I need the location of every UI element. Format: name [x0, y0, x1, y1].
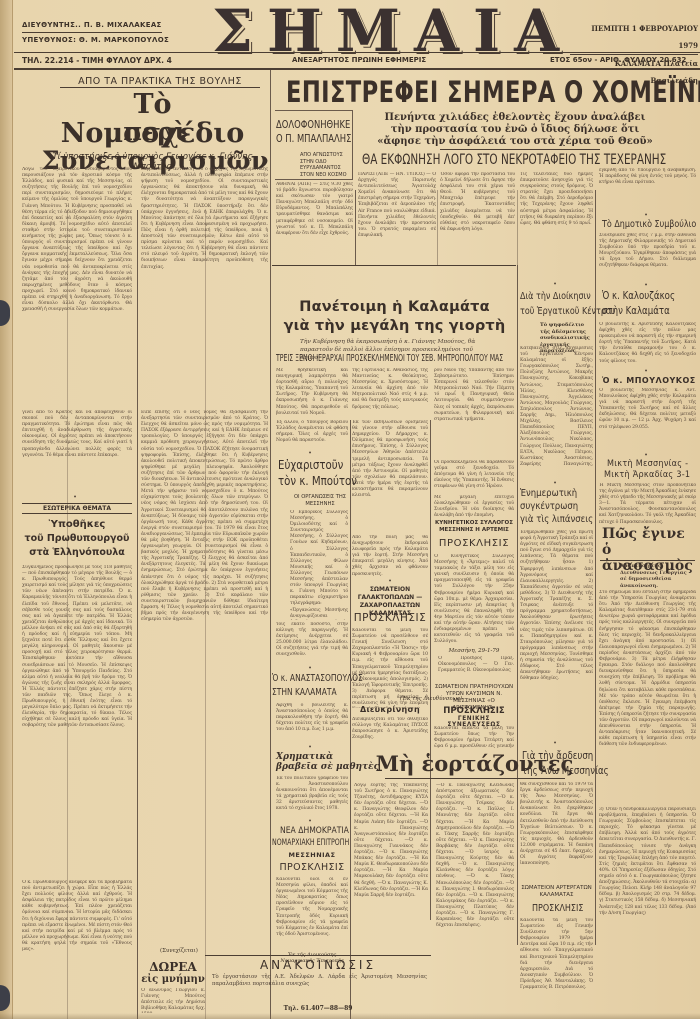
- article-body: Ἀφίχθη ὁ βουλευτής κ. Ἀναστασόπουλος ὁ ὁ…: [276, 703, 348, 743]
- rule: [205, 955, 431, 956]
- rule: [272, 265, 516, 266]
- artemis-kicker: ΚΥΝΗΓΕΤΙΚΟΣ ΣΥΛΛΟΓΟΣ ΜΕΣΣΗΝΗΣ Η ΑΡΤΕΜΙΣ: [434, 520, 514, 534]
- nd-headline: ΠΡΟΣΚΛΗΣΙΣ: [276, 862, 348, 873]
- aristomenis-headline: ΠΡΟΣΚΛΗΣΙΣ: [434, 706, 514, 716]
- artemis-signoff: Μεσσήνη, 29-1-79: [434, 648, 514, 654]
- article-body: Διευκρινίζεται ὅτι τόν ἀθλητικό σύλλογο …: [352, 717, 428, 747]
- article-body: Λόγῳ ἑορτῆς τῆς Ὑπαπαντῆς τοῦ Σωτῆρος ὁ …: [354, 783, 428, 911]
- lipanseis-headline-2: συγκέντρωση: [520, 501, 578, 513]
- greek-issues-headline-2: τοῦ Πρωθυπουργοῦ: [18, 532, 136, 546]
- article-body: Τίς τελευταῖες δύο ἡμέρες ἐπικρατοῦσε ἀν…: [520, 172, 593, 264]
- divider-star: •: [545, 281, 565, 288]
- divider-star: •: [545, 740, 565, 747]
- khomeini-subhead-1: Πενήντα χιλιάδες ἐθελοντὲς ἔχουν ἀναλάβε…: [355, 112, 675, 124]
- greek-issues-kicker: ΕΣΩΤΕΡΙΚΑ ΘΕΜΑΤΑ: [22, 503, 132, 514]
- nd-kicker-2: ΝΟΜΑΡΧΙΑΚΗ ΕΠΙΤΡΟΠΗ: [272, 838, 349, 849]
- article-body: γίνει ἀπό τό Κράτος καί νά ἀποφευχθοῦν ο…: [22, 410, 132, 490]
- bakers-headline: ΠΡΟΣΚΛΗΣΙΣ: [532, 903, 583, 914]
- rule: [440, 149, 600, 150]
- article-body: Ἐκ τοῦ πολιτικοῦ γραφείου τοῦ κ. Ἀναστασ…: [276, 776, 348, 818]
- khomeini-deck: ΘΑ ΕΚΦΩΝΗΣΗ ΛΟΓΟ ΣΤΟ ΝΕΚΡΟΤΑΦΕΙΟ ΤΗΣ ΤΕΧ…: [362, 152, 666, 169]
- director-line: ΔΙΕΥΘΥΝΤΗΣ.. Π. Β. ΜΙΧΑΛΑΚΕΑΣ: [22, 18, 162, 33]
- announcements-headline: ΑΝΑΚΟΙΝΩΣΙΣ: [205, 958, 431, 972]
- column-rule: [137, 210, 138, 1019]
- column-rule: [350, 420, 351, 1019]
- newspaper-page: ΔΙΕΥΘΥΝΤΗΣ.. Π. Β. ΜΙΧΑΛΑΚΕΑΣ ΥΠΕΥΘΥΝΟΣ:…: [0, 0, 700, 1019]
- binding-hole: [0, 985, 10, 1011]
- kaloutzakos-headline-2: στὴν Καλαμάτα: [602, 305, 670, 318]
- robbery-headline-1: Πῶς ἔγινε: [602, 526, 685, 542]
- article-body: Θά συνεχισθοῦν καί τό 1979 τά ἔργα ἀρδεύ…: [520, 782, 593, 882]
- bakers-kicker-2: ΚΑΛΑΜΑΤΑΣ: [520, 892, 593, 899]
- divider-star: •: [60, 494, 90, 501]
- article-body: —Ὁ κ. Παναγιώτης Κλείδωνας ἀπόστρατος ἀξ…: [436, 783, 514, 998]
- article-body: Ἡ Μικτή Μεσσηνίας στόν προπονητικό της ἀ…: [599, 483, 696, 525]
- nd-kicker-1: ΝΕΑ ΔΗΜΟΚΡΑΤΙΑ: [280, 826, 349, 837]
- name-days-headline: Μὴ ἑορτάζοντες: [352, 752, 597, 776]
- article-body: Εἶπε ἐπίσης ὅτι ὁ νέος νόμος θά ἐξασφαλί…: [141, 410, 268, 1010]
- khomeini-dateline: ΠΑΡΙΣΙ (ΑΠΕ — ΗΝ. ΤΥΠΟΣ): [358, 172, 425, 177]
- anastasopoulos-headline-2: ΣΤΗΝ ΚΑΛΑΜΑΤΑ: [272, 686, 337, 699]
- masthead-rule: [14, 52, 700, 53]
- divider-star: •: [300, 818, 320, 825]
- article-body: Κατεβαίνουν στίς ἀρχαιρεσίες τοῦ Ἐργατικ…: [520, 346, 593, 466]
- article-body: Συνεδρίασε χθές στίς 7 μ.μ. στήν αἴθουσα…: [599, 233, 696, 281]
- column-rule: [517, 265, 518, 945]
- column-rule: [355, 190, 356, 265]
- khomeini-headline: ΕΠΙΣΤΡΕΦΕΙ ΣΗΜΕΡΑ Ο ΧΟΜΕΪΝΙ: [286, 76, 700, 108]
- continuation-note: (Συνεχίζεται): [160, 948, 198, 954]
- article-body: ἐκφράσει τήν ἀντίθεσή του ὁ ἀρχηγός τῆς …: [141, 167, 268, 407]
- phone-price: ΤΗΛ. 22.214 - ΤΙΜΗ ΦΥΛΛΟΥ ΔΡΧ. 4: [22, 56, 172, 65]
- article-body: Ἐξ ἄλλου, ὁ Ὑπουργός Βορείου Ἑλλάδος ἀνα…: [276, 420, 348, 450]
- column-rule: [595, 190, 596, 945]
- article-body: τοῖς ἑκατό ποσοστό, στήν κάλυψη τῆς παρα…: [276, 622, 348, 664]
- article-body: 3) Ὅταν ἡ δενδροκαλλιέργεια παρουσιάζει …: [599, 807, 696, 1012]
- donation-headline-2: εἰς μνήμην: [140, 974, 206, 986]
- column-rule: [430, 420, 431, 920]
- announcements-text: Τὸ ἐργοστάσιον τῆς Α.Ε. Ἀδελφῶν Δ. Λάρδα…: [212, 974, 427, 988]
- nd-kicker-3: ΜΕΣΣΗΝΙΑΣ: [276, 851, 348, 859]
- article-body: Καλοῦνται τά μέλη τοῦ Σωματείου εἰς Γενι…: [520, 918, 593, 1008]
- kaloutzakos-headline-1: Ὁ κ. Καλουζάκος: [602, 290, 675, 303]
- feast-deck: ΤΡΕΙΣ ΞΕΝΟΙ ΙΕΡΑΡΧΑΙ ΠΡΟΣΚΕΚΛΗΜΕΝΟΙ ΤΟΥ …: [276, 353, 503, 365]
- article-body: ρού Ναοῦ τῆς Ὑπαπαντῆς ἀπό τόν Σεβασμιώτ…: [434, 368, 514, 458]
- tagline: ΑΝΕΞΑΡΤΗΤΟΣ ΠΡΩΙΝΗ ΕΦΗΜΕΡΙΣ: [292, 56, 426, 64]
- donation-headline-1: ΔΩΡΕΑ: [140, 960, 206, 974]
- announcements-phone: Τηλ. 61.407—88—89: [205, 1005, 431, 1012]
- article-body: Ὁ κ. Πρωθυπουργός ἀνέφερε καί τά προβλήμ…: [22, 880, 132, 1010]
- binding-edge: [0, 0, 13, 1019]
- article-body: Ὁ ἀνώνυμος Γεωργίου κ. Γιάννης Μπούτος ἀ…: [141, 988, 205, 1013]
- football-headline-2: Μικτὴ Ἀρκαδίας 3-1: [604, 470, 690, 481]
- football-headline-1: Μικτὴ Μεσσηνίας -: [607, 459, 688, 470]
- divider-star: •: [636, 282, 656, 289]
- lipanseis-headline-3: γιὰ τὶς λιπάνσεις: [520, 514, 593, 526]
- rule: [600, 560, 695, 561]
- binding-hole: [0, 300, 10, 326]
- article-body: Ἐνημερώθηκαν χθές γιά πρώτη φορά ἡ Ἀγροτ…: [520, 530, 593, 755]
- divider-star: •: [545, 480, 565, 487]
- greek-issues-headline-1: Ὑποθῆκες: [22, 518, 132, 532]
- clarification-headline: Διευκρίνηση: [352, 705, 428, 714]
- balpalis-headline-1: ΔΟΛΟΦΟΝΗΘΗΚΕ: [276, 119, 350, 131]
- khomeini-subhead-2: τὴν προστασία του ἐνῶ ὁ ἴδιος δήλωσε ὅτι: [355, 124, 675, 136]
- column-rule: [517, 190, 518, 265]
- article-body: Ὅσον ἀφορᾶ τήν προστασία του ὁ Χομεϊνί δ…: [440, 172, 515, 264]
- artemis-headline: ΠΡΟΣΚΛΗΣΙΣ: [434, 538, 514, 549]
- article-body: Ἐκ τῶν ἐκδηλώσεων ὁρισμένες θά γίνουν στ…: [352, 420, 428, 530]
- labor-center-headline-1: Διὰ τὴν Διοίκησιν: [520, 290, 591, 303]
- council-headline: Τὸ Δημοτικὸ Συμβούλιο: [602, 219, 696, 231]
- thanks-headline-2: τὸν κ. Μπούτον: [278, 474, 357, 489]
- divider-star: •: [380, 578, 400, 585]
- divider-star: •: [300, 665, 320, 672]
- column-rule: [270, 70, 271, 1019]
- masthead-bottom-rule: [14, 68, 700, 70]
- page-edge: [0, 1013, 700, 1019]
- article-body: Ὁ Πρόεδρος Πραξ. Οἰκονομόπουλος — Ὁ Γεν.…: [438, 656, 514, 682]
- anastasopoulos-headline-1: Ὁ κ. ΑΝΑΣΤΑΣΟΠΟΥΛΟΣ: [272, 672, 363, 685]
- article-body: ἐγκρίθη ἀπό τό Ὑπουργεῖο ἡ ἀναβάθμιση. Ἡ…: [599, 168, 696, 198]
- lipanseis-headline-1: Ἐνημερωτικὴ: [520, 488, 577, 500]
- article-body: ΑΘΗΝΑΙ (ΑΠΕ) — Στίς 9.30 χθές τό βράδυ ἄ…: [276, 182, 353, 264]
- thanks-kicker: ΟΙ ΟΡΓΑΝΩΣΕΙΣ ΤΗΣ ΜΕΣΣΗΝΗΣ: [292, 494, 348, 508]
- article-body: τῆς Γορτυνίας κ. Ἀθανάσιος, τῆς Μαντινεί…: [352, 368, 428, 418]
- bakers-kicker-1: ΣΩΜΑΤΕΙΟΝ ΑΡΤΕΡΓΑΤΩΝ: [520, 885, 593, 892]
- column-rule: [437, 190, 438, 265]
- boulourkos-headline: Ὁ κ. ΜΠΟΥΛΟΥΚΟΣ: [602, 376, 696, 385]
- issue-number: ΕΤΟΣ 65ον - ΑΡΙΘ. ΦΥΛΛΟΥ 20.632: [550, 56, 686, 64]
- feast-headline-1: Πανέτοιμη ἡ Καλαμάτα: [272, 298, 517, 316]
- issue-date: ΠΕΜΠΤΗ 1 ΦΕΒΡΟΥΑΡΙΟΥ 1979: [570, 20, 698, 55]
- article-body: Ὁ Ἐμπορικός Σύλλογος Μεσσήνης, ὁ Ὀμιλοιο…: [290, 510, 348, 620]
- article-body: Μέ θρησκευτική καί πανηγυρική λαμπρότητα…: [276, 368, 348, 418]
- thanks-headline-1: Εὐχαριστοῦν: [278, 458, 343, 473]
- divider-star: •: [300, 744, 320, 751]
- article-body: Στό σημείωμα πού ἐστάλη στήν ἐφημερίδα ἀ…: [599, 590, 696, 805]
- divider-star: •: [636, 212, 656, 219]
- parliament-kicker: ΑΠΟ ΤΑ ΠΡΑΚΤΙΚΑ ΤΗΣ ΒΟΥΛΗΣ: [60, 76, 260, 88]
- article-lead: Ἀπάντηση τῆς Διευθύνσεως Γεωργίας σέ δημ…: [620, 563, 695, 589]
- responsible-line: ΥΠΕΥΘΥΝΟΣ: Θ. Μ. ΜΑΡΚΟΠΟΥΛΟΣ: [22, 33, 169, 47]
- milk-union-headline: ΠΡΟΣΚΛΗΣΙΣ: [352, 612, 428, 624]
- article-body: Καλοῦνται ἅπαντα τά μέλη τοῦ Σωματείου ὅ…: [434, 726, 514, 748]
- article-body: Συγκινημένος προσφώνησε μέ τούς 118 μαθη…: [22, 565, 132, 880]
- rule: [385, 778, 565, 779]
- khomeini-subhead-3: «ἄφησε τὴν ἀσφάλειά του στὰ χέρια τοῦ Θε…: [355, 136, 675, 148]
- article-body: Λόγω τοῦ ἐξαιρετικοῦ ἐνδιαφέροντος πού π…: [22, 167, 132, 407]
- article-body: Μέ μεγάλη ἐπιτυχία ὁλοκληρώθηκαν οἱ ἐργα…: [434, 495, 514, 520]
- article-body: Ὁ Κυνηγετικός Σύλλογος Μεσσήνης ἡ «Ἄρτεμ…: [434, 554, 514, 646]
- greek-issues-headline-3: στὰ Ἑλληνόπουλα: [18, 546, 136, 560]
- divider-star: •: [636, 368, 656, 375]
- divider-star: •: [300, 450, 320, 457]
- article-body: Καλοῦνται ὅλοι οἱ ἐν Μεσσηνία φίλοι, ὀπα…: [276, 877, 348, 952]
- article-body: Ὁ βουλευτής κ. Ἀριστείδης Καλουτζάκος ἀφ…: [599, 322, 696, 367]
- article-body: Ὁ βουλευτής Μεσσηνίας κ. Ἀντ. Μπουλοῦκος…: [599, 388, 696, 450]
- feast-headline-2: γιὰ τὴν μεγάλη της γιορτὴ: [272, 317, 517, 335]
- masthead-staff: ΔΙΕΥΘΥΝΤΗΣ.. Π. Β. ΜΙΧΑΛΑΚΕΑΣ ΥΠΕΥΘΥΝΟΣ:…: [22, 18, 169, 47]
- article-body: Οἱ προσκεκλημένοι θά παραθέσουν γεῦμα στ…: [434, 460, 514, 490]
- article-body: ΠΑΡΙΣΙ (ΑΠΕ — ΗΝ. ΤΥΠΟΣ) — Ὁ ἀρχηγός τῆς…: [358, 172, 436, 264]
- balpalis-headline-2: Ο Π. ΜΠΑΛΠΑΛΗΣ: [276, 133, 351, 145]
- balpalis-dateline: ΑΘΗΝΑΙ (ΑΠΕ): [276, 182, 311, 187]
- balpalis-bullet: ΑΠΟ ΑΓΝΩΣΤΟΥΣ ΣΤΗΝ ΟΔΟ ΕΥΡΥΔΑΜΑΝΤΟΣ ΣΤΟΝ…: [300, 152, 352, 178]
- divider-star: •: [636, 452, 656, 459]
